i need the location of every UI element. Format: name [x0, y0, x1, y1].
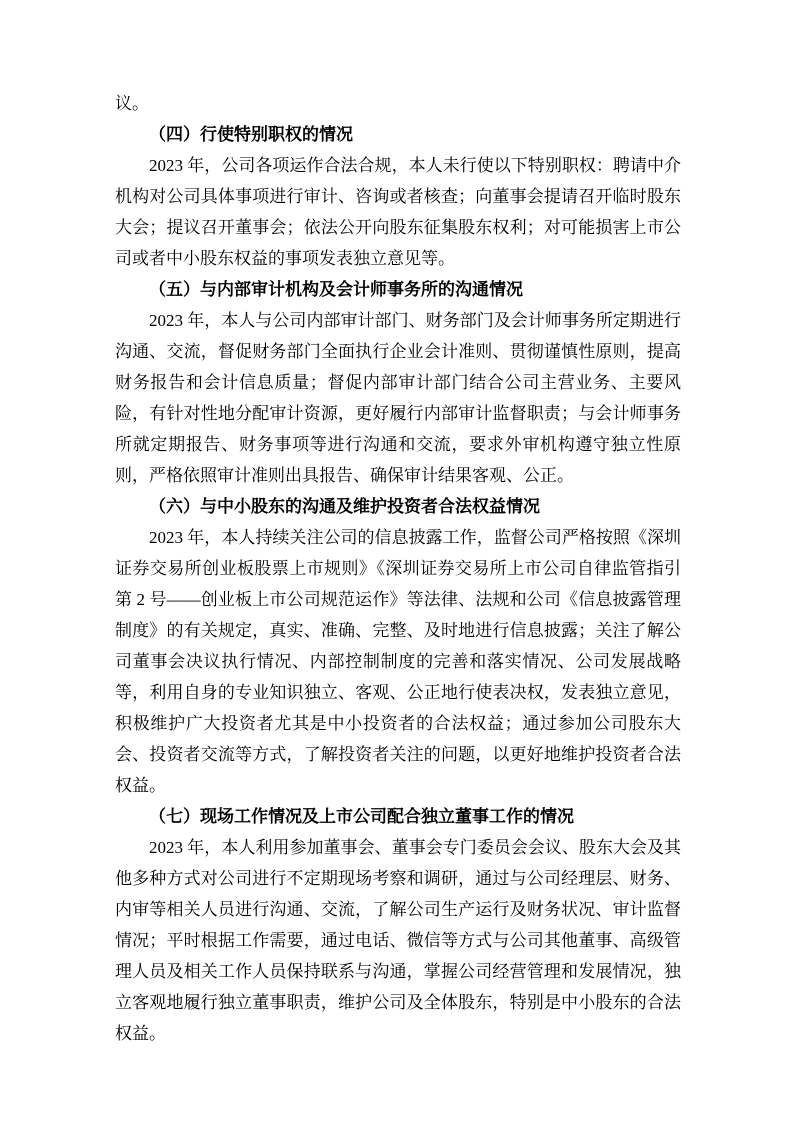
section-heading-special-powers: （四）行使特别职权的情况: [115, 119, 681, 150]
section-paragraph-audit-communication: 2023 年，本人与公司内部审计部门、财务部门及会计师事务所定期进行沟通、交流，…: [115, 305, 681, 491]
section-heading-onsite-work: （七）现场工作情况及上市公司配合独立董事工作的情况: [115, 801, 681, 832]
section-heading-minority-shareholders: （六）与中小股东的沟通及维护投资者合法权益情况: [115, 491, 681, 522]
document-page: 议。 （四）行使特别职权的情况 2023 年，公司各项运作合法合规，本人未行使以…: [0, 0, 794, 1122]
section-paragraph-onsite-work: 2023 年，本人利用参加董事会、董事会专门委员会会议、股东大会及其他多种方式对…: [115, 832, 681, 1049]
document-content: 议。 （四）行使特别职权的情况 2023 年，公司各项运作合法合规，本人未行使以…: [115, 88, 681, 1049]
section-paragraph-minority-shareholders: 2023 年，本人持续关注公司的信息披露工作，监督公司严格按照《深圳证券交易所创…: [115, 522, 681, 801]
paragraph-continuation: 议。: [115, 88, 681, 119]
section-heading-audit-communication: （五）与内部审计机构及会计师事务所的沟通情况: [115, 274, 681, 305]
section-paragraph-special-powers: 2023 年，公司各项运作合法合规，本人未行使以下特别职权：聘请中介机构对公司具…: [115, 150, 681, 274]
